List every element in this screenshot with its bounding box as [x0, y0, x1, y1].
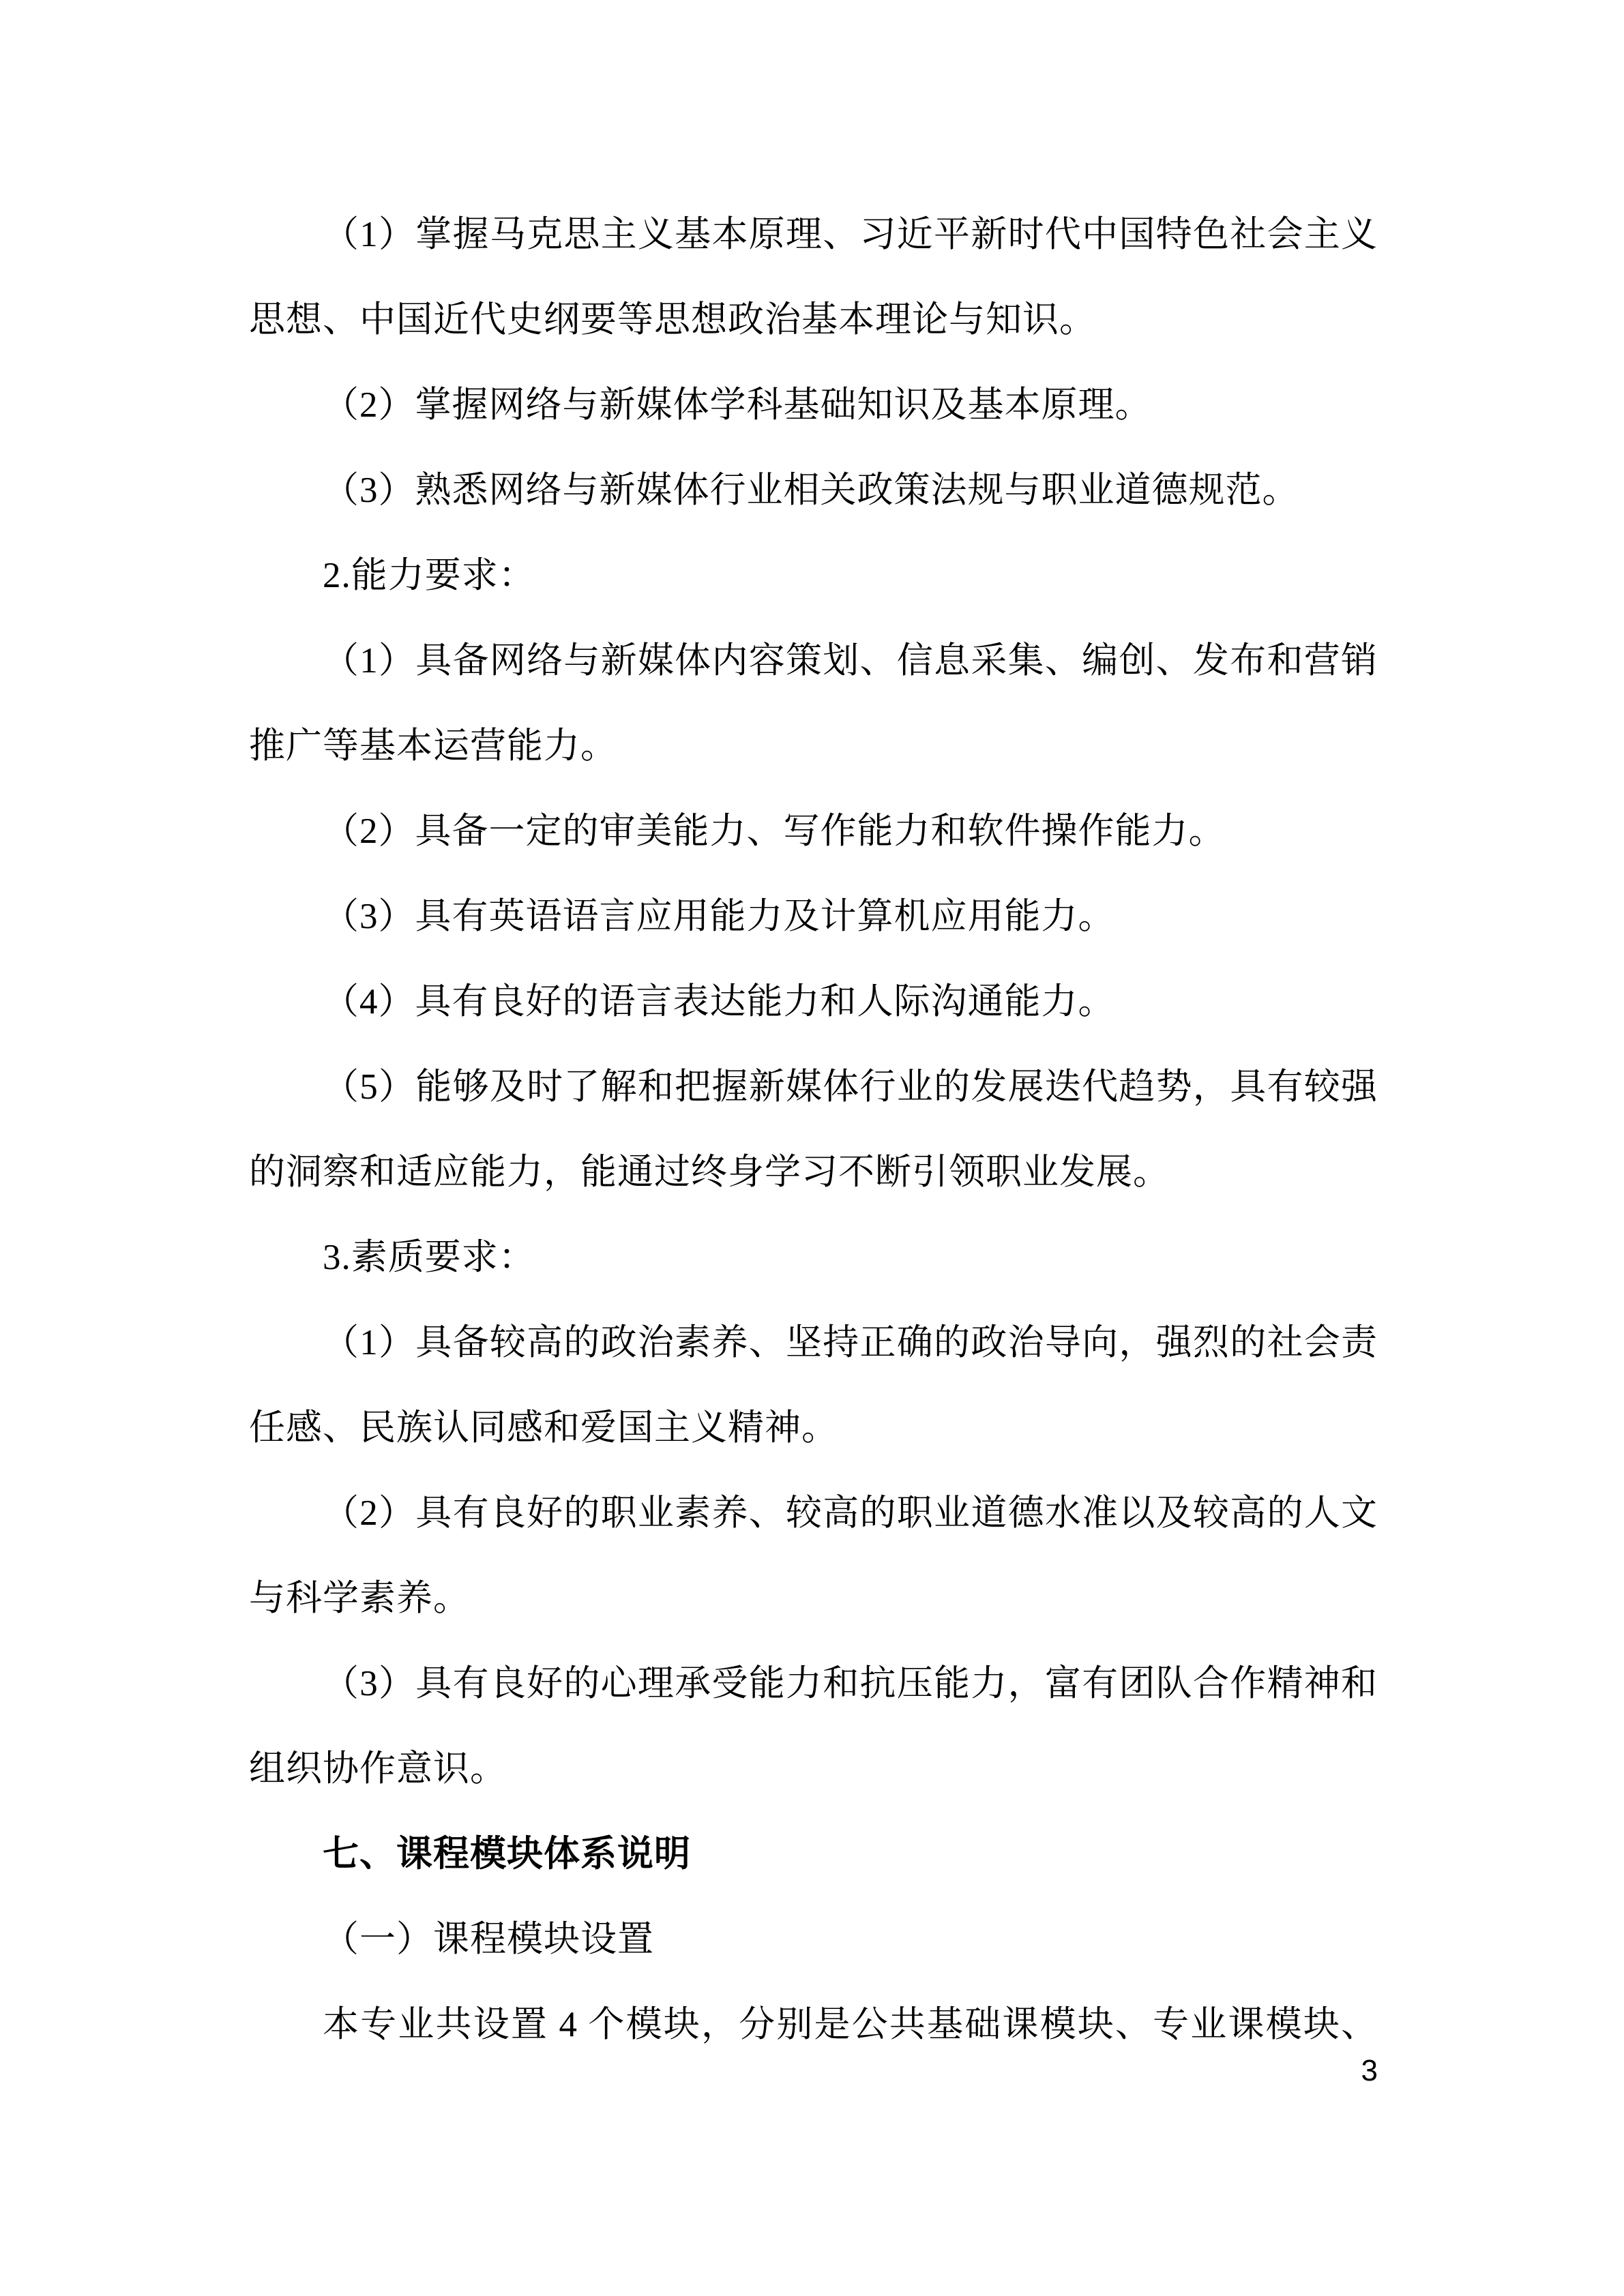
- knowledge-item-1-line-2: 思想、中国近代史纲要等思想政治基本理论与知识。: [249, 278, 1378, 363]
- quality-item-1-line-1: （1）具备较高的政治素养、坚持正确的政治导向，强烈的社会责: [249, 1300, 1378, 1386]
- knowledge-item-2: （2）掌握网络与新媒体学科基础知识及基本原理。: [249, 363, 1378, 448]
- section-heading-course-modules: 七、课程模块体系说明: [249, 1812, 1378, 1897]
- quality-item-3-line-2: 组织协作意识。: [249, 1727, 1378, 1812]
- knowledge-item-1-line-1: （1）掌握马克思主义基本原理、习近平新时代中国特色社会主义: [249, 192, 1378, 278]
- ability-item-4: （4）具有良好的语言表达能力和人际沟通能力。: [249, 959, 1378, 1045]
- subsection-heading-module-setup: （一）课程模块设置: [249, 1897, 1378, 1982]
- subheading-quality-requirements: 3.素质要求：: [249, 1215, 1378, 1300]
- ability-item-1-line-1: （1）具备网络与新媒体内容策划、信息采集、编创、发布和营销: [249, 618, 1378, 704]
- quality-item-2-line-2: 与科学素养。: [249, 1556, 1378, 1641]
- knowledge-item-3: （3）熟悉网络与新媒体行业相关政策法规与职业道德规范。: [249, 448, 1378, 533]
- page-number: 3: [1361, 2051, 1378, 2091]
- quality-item-1-line-2: 任感、民族认同感和爱国主义精神。: [249, 1386, 1378, 1471]
- ability-item-3: （3）具有英语语言应用能力及计算机应用能力。: [249, 874, 1378, 959]
- quality-item-2-line-1: （2）具有良好的职业素养、较高的职业道德水准以及较高的人文: [249, 1471, 1378, 1556]
- ability-item-2: （2）具备一定的审美能力、写作能力和软件操作能力。: [249, 789, 1378, 874]
- quality-item-3-line-1: （3）具有良好的心理承受能力和抗压能力，富有团队合作精神和: [249, 1641, 1378, 1727]
- subheading-ability-requirements: 2.能力要求：: [249, 533, 1378, 618]
- ability-item-5-line-2: 的洞察和适应能力，能通过终身学习不断引领职业发展。: [249, 1130, 1378, 1215]
- ability-item-1-line-2: 推广等基本运营能力。: [249, 704, 1378, 789]
- document-body: （1）掌握马克思主义基本原理、习近平新时代中国特色社会主义 思想、中国近代史纲要…: [249, 192, 1378, 2068]
- module-intro-line-1: 本专业共设置 4 个模块，分别是公共基础课模块、专业课模块、: [249, 1982, 1378, 2068]
- ability-item-5-line-1: （5）能够及时了解和把握新媒体行业的发展迭代趋势，具有较强: [249, 1045, 1378, 1130]
- document-page: （1）掌握马克思主义基本原理、习近平新时代中国特色社会主义 思想、中国近代史纲要…: [0, 0, 1624, 2296]
